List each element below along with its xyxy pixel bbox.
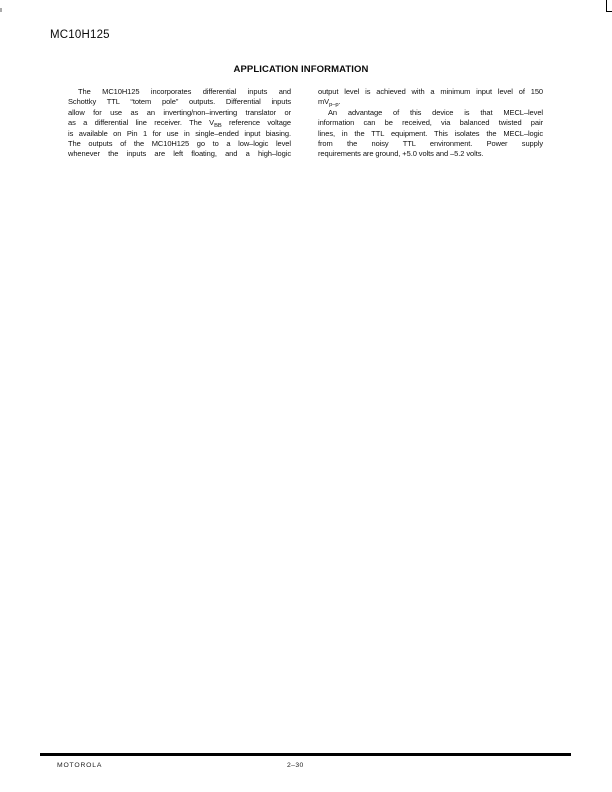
text-line: as a differential line receiver. The VBB… [68,118,291,128]
section-title: APPLICATION INFORMATION [0,64,602,75]
crop-mark-top-right-icon [606,0,612,12]
text-segment: . [338,97,340,106]
text-line: information can be received, via balance… [318,118,543,128]
text-line: allow for use as an inverting/non–invert… [68,108,291,118]
footer-divider [40,753,571,756]
text-line: The MC10H125 incorporates differential i… [68,87,291,97]
text-line: whenever the inputs are left floating, a… [68,149,291,159]
text-line: is available on Pin 1 for use in single–… [68,129,291,139]
text-line: mVp–p. [318,97,543,107]
subscript-vbb: BB [214,123,222,129]
datasheet-page: { "page": { "header_title": "MC10H125", … [0,0,612,792]
text-segment: mV [318,97,329,106]
footer-page-number: 2–30 [287,762,304,769]
subscript-p-p: p–p [329,102,338,108]
footer-brand: MOTOROLA [57,762,102,769]
crop-mark-top-left-icon [0,8,2,12]
text-line: lines, in the TTL equipment. This isolat… [318,129,543,139]
text-line: from the noisy TTL environment. Power su… [318,139,543,149]
text-segment: reference voltage [222,118,291,127]
text-line: output level is achieved with a minimum … [318,87,543,97]
text-line: requirements are ground, +5.0 volts and … [318,149,543,159]
text-line: The outputs of the MC10H125 go to a low–… [68,139,291,149]
text-segment: as a differential line receiver. The V [68,118,214,127]
text-line: An advantage of this device is that MECL… [318,108,543,118]
application-info-column-right: output level is achieved with a minimum … [318,87,543,160]
application-info-column-left: The MC10H125 incorporates differential i… [68,87,291,160]
page-header-part-number: MC10H125 [50,29,110,41]
text-line: Schottky TTL “totem pole” outputs. Diffe… [68,97,291,107]
